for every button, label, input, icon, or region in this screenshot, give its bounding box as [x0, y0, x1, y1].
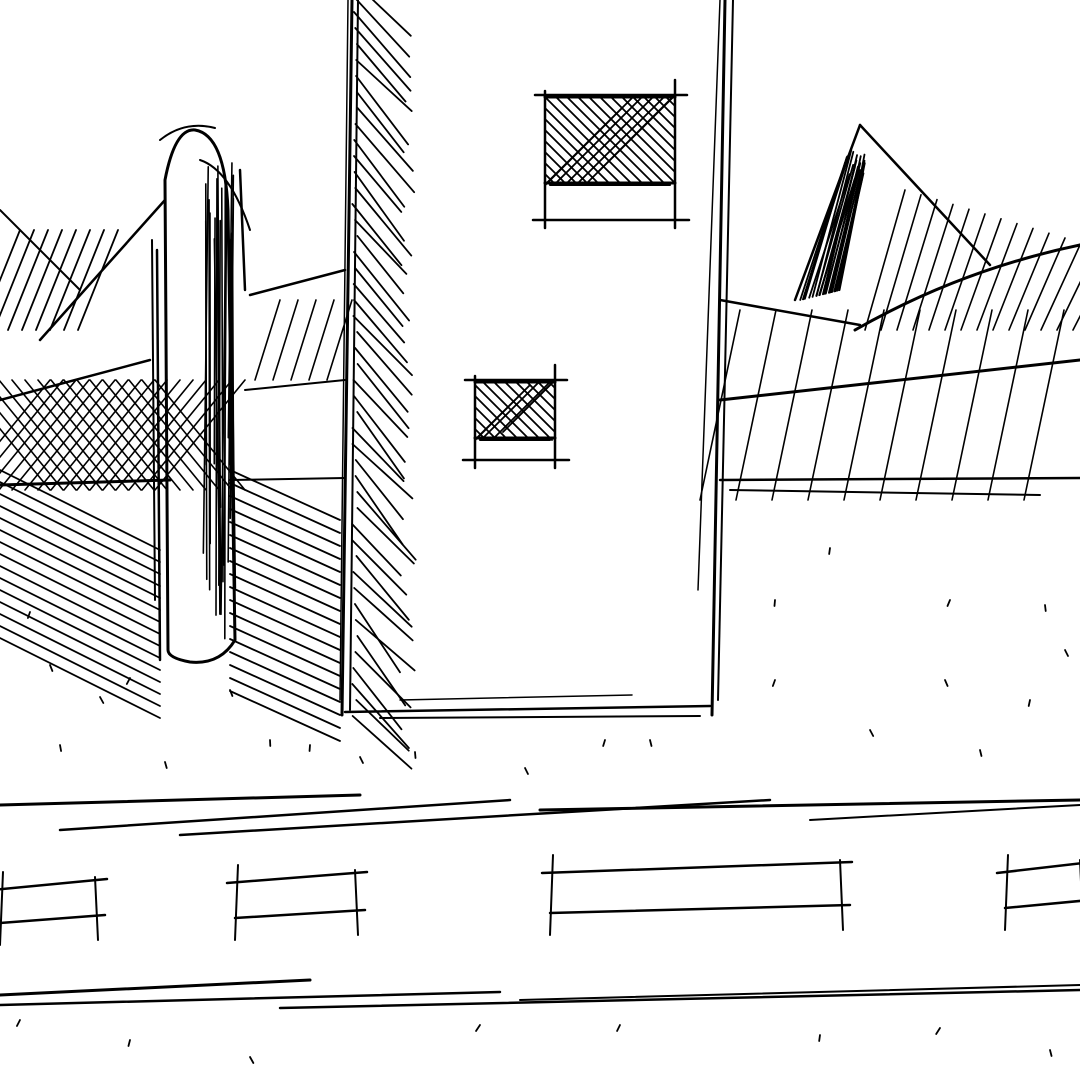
background [0, 0, 1080, 1080]
sketch-scene [0, 0, 1080, 1080]
